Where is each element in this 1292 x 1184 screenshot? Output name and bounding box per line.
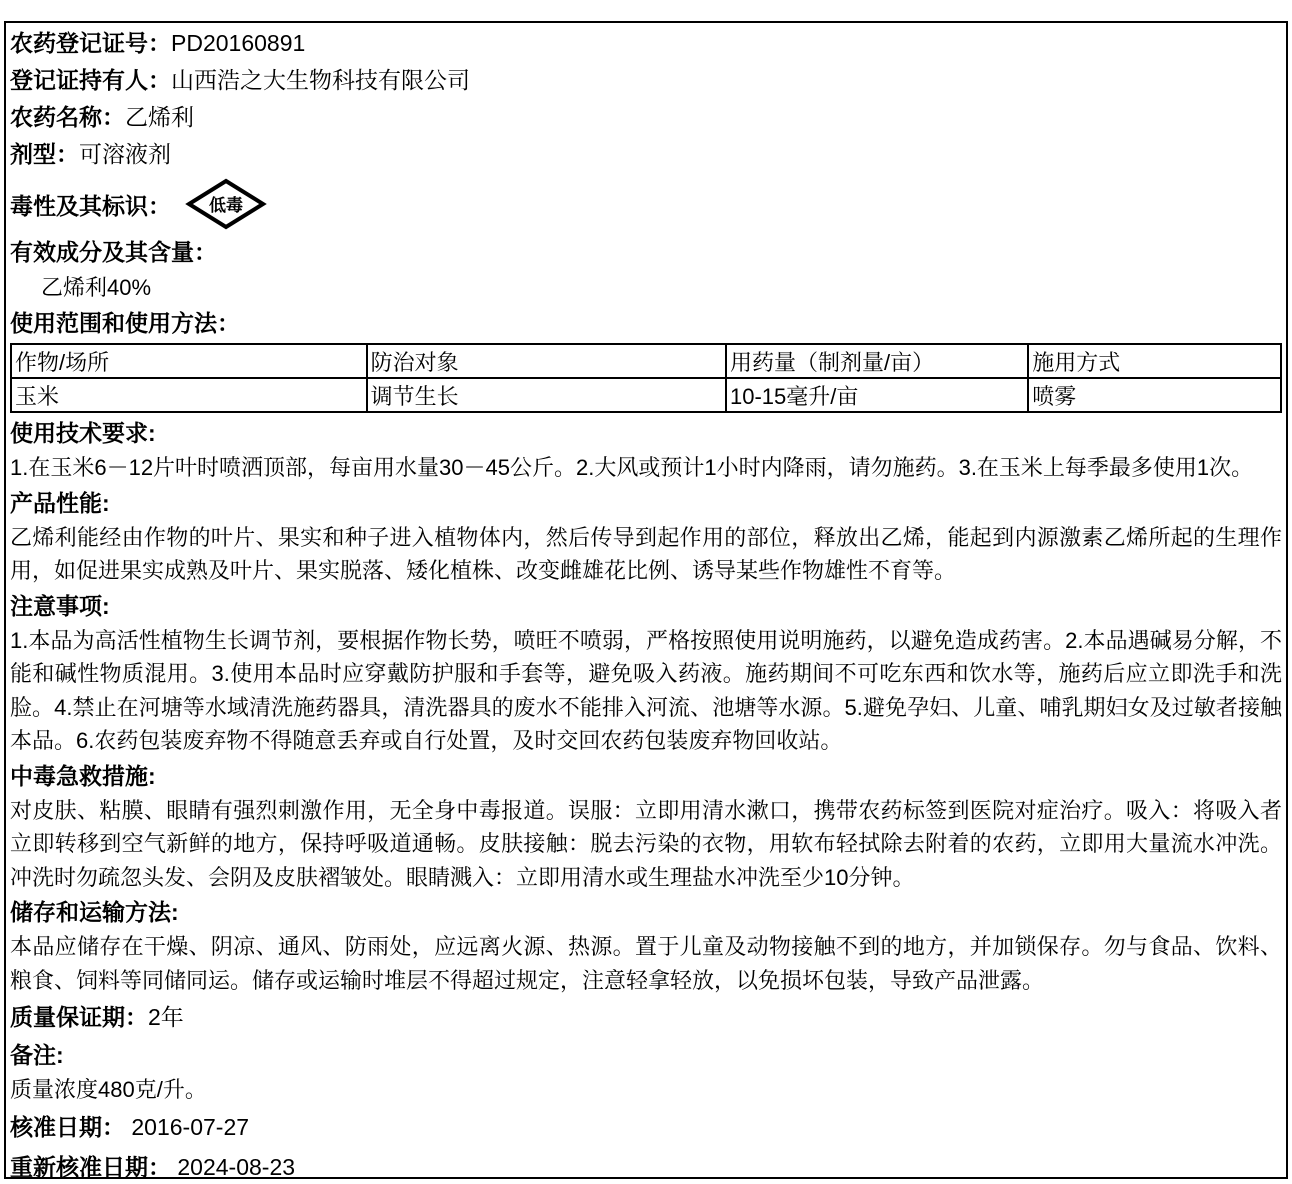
warranty-period-value: 2年	[148, 1004, 184, 1030]
usage-cell-crop: 玉米	[11, 378, 367, 412]
pesticide-name-label: 农药名称：	[10, 104, 125, 130]
registration-number-label: 农药登记证号：	[10, 30, 171, 56]
field-toxicity: 毒性及其标识： 低毒	[10, 173, 1282, 235]
usage-header-method: 施用方式	[1028, 344, 1281, 378]
usage-cell-method: 喷雾	[1028, 378, 1281, 412]
registration-number-value: PD20160891	[171, 30, 305, 56]
product-performance-body: 乙烯利能经由作物的叶片、果实和种子进入植物体内，然后传导到起作用的部位，释放出乙…	[10, 521, 1282, 588]
usage-header-dosage: 用药量（制剂量/亩）	[726, 344, 1028, 378]
approval-date-value: 2016-07-27	[131, 1114, 249, 1140]
remarks-body: 质量浓度480克/升。	[10, 1073, 1282, 1107]
approval-date-label: 核准日期：	[10, 1114, 125, 1140]
active-ingredient-heading: 有效成分及其含量：	[10, 235, 1282, 270]
section-product-performance: 产品性能: 乙烯利能经由作物的叶片、果实和种子进入植物体内，然后传导到起作用的部…	[10, 486, 1282, 588]
product-performance-heading: 产品性能:	[10, 486, 1282, 521]
low-toxicity-icon-text: 低毒	[209, 195, 243, 215]
precautions-body: 1.本品为高活性植物生长调节剂，要根据作物长势，喷旺不喷弱，严格按照使用说明施药…	[10, 624, 1282, 758]
usage-header-target: 防治对象	[367, 344, 726, 378]
usage-header-crop: 作物/场所	[11, 344, 367, 378]
field-reapproval-date: 重新核准日期： 2024-08-23	[10, 1147, 1282, 1180]
storage-transport-body: 本品应储存在干燥、阴凉、通风、防雨处，应远离火源、热源。置于儿童及动物接触不到的…	[10, 930, 1282, 997]
section-storage-transport: 储存和运输方法: 本品应储存在干燥、阴凉、通风、防雨处，应远离火源、热源。置于儿…	[10, 895, 1282, 997]
field-warranty-period: 质量保证期：2年	[10, 997, 1282, 1037]
formulation-type-value: 可溶液剂	[79, 141, 171, 167]
active-ingredient-value: 乙烯利40%	[10, 270, 1282, 306]
section-precautions: 注意事项: 1.本品为高活性植物生长调节剂，要根据作物长势，喷旺不喷弱，严格按照…	[10, 589, 1282, 758]
usage-table: 作物/场所 防治对象 用药量（制剂量/亩） 施用方式 玉米 调节生长 10-15…	[10, 343, 1282, 413]
first-aid-body: 对皮肤、粘膜、眼睛有强烈刺激作用，无全身中毒报道。误服：立即用清水漱口，携带农药…	[10, 794, 1282, 895]
usage-table-data-row: 玉米 调节生长 10-15毫升/亩 喷雾	[11, 378, 1281, 412]
field-formulation-type: 剂型：可溶液剂	[10, 136, 1282, 173]
reapproval-date-label: 重新核准日期：	[10, 1154, 171, 1180]
usage-cell-target: 调节生长	[367, 378, 726, 412]
toxicity-label: 毒性及其标识：	[10, 188, 171, 221]
section-first-aid: 中毒急救措施: 对皮肤、粘膜、眼睛有强烈刺激作用，无全身中毒报道。误服：立即用清…	[10, 759, 1282, 895]
field-approval-date: 核准日期： 2016-07-27	[10, 1107, 1282, 1147]
first-aid-heading: 中毒急救措施:	[10, 759, 1282, 794]
field-certificate-holder: 登记证持有人：山西浩之大生物科技有限公司	[10, 62, 1282, 99]
technical-requirements-body: 1.在玉米6－12片叶时喷洒顶部，每亩用水量30－45公斤。2.大风或预计1小时…	[10, 451, 1282, 485]
technical-requirements-heading: 使用技术要求:	[10, 416, 1282, 451]
certificate-holder-label: 登记证持有人：	[10, 67, 171, 93]
formulation-type-label: 剂型：	[10, 141, 79, 167]
storage-transport-heading: 储存和运输方法:	[10, 895, 1282, 930]
pesticide-registration-document: 农药登记证号：PD20160891 登记证持有人：山西浩之大生物科技有限公司 农…	[4, 21, 1288, 1179]
usage-scope-heading: 使用范围和使用方法：	[10, 306, 1282, 341]
field-registration-number: 农药登记证号：PD20160891	[10, 25, 1282, 62]
field-pesticide-name: 农药名称：乙烯利	[10, 99, 1282, 136]
section-technical-requirements: 使用技术要求: 1.在玉米6－12片叶时喷洒顶部，每亩用水量30－45公斤。2.…	[10, 416, 1282, 485]
usage-cell-dosage: 10-15毫升/亩	[726, 378, 1028, 412]
low-toxicity-icon: 低毒	[185, 178, 267, 230]
pesticide-name-value: 乙烯利	[125, 104, 194, 130]
remarks-heading: 备注:	[10, 1038, 1282, 1073]
precautions-heading: 注意事项:	[10, 589, 1282, 624]
reapproval-date-value: 2024-08-23	[177, 1154, 295, 1180]
warranty-period-label: 质量保证期：	[10, 1004, 148, 1030]
usage-table-header-row: 作物/场所 防治对象 用药量（制剂量/亩） 施用方式	[11, 344, 1281, 378]
section-remarks: 备注: 质量浓度480克/升。	[10, 1038, 1282, 1107]
certificate-holder-value: 山西浩之大生物科技有限公司	[171, 67, 470, 93]
